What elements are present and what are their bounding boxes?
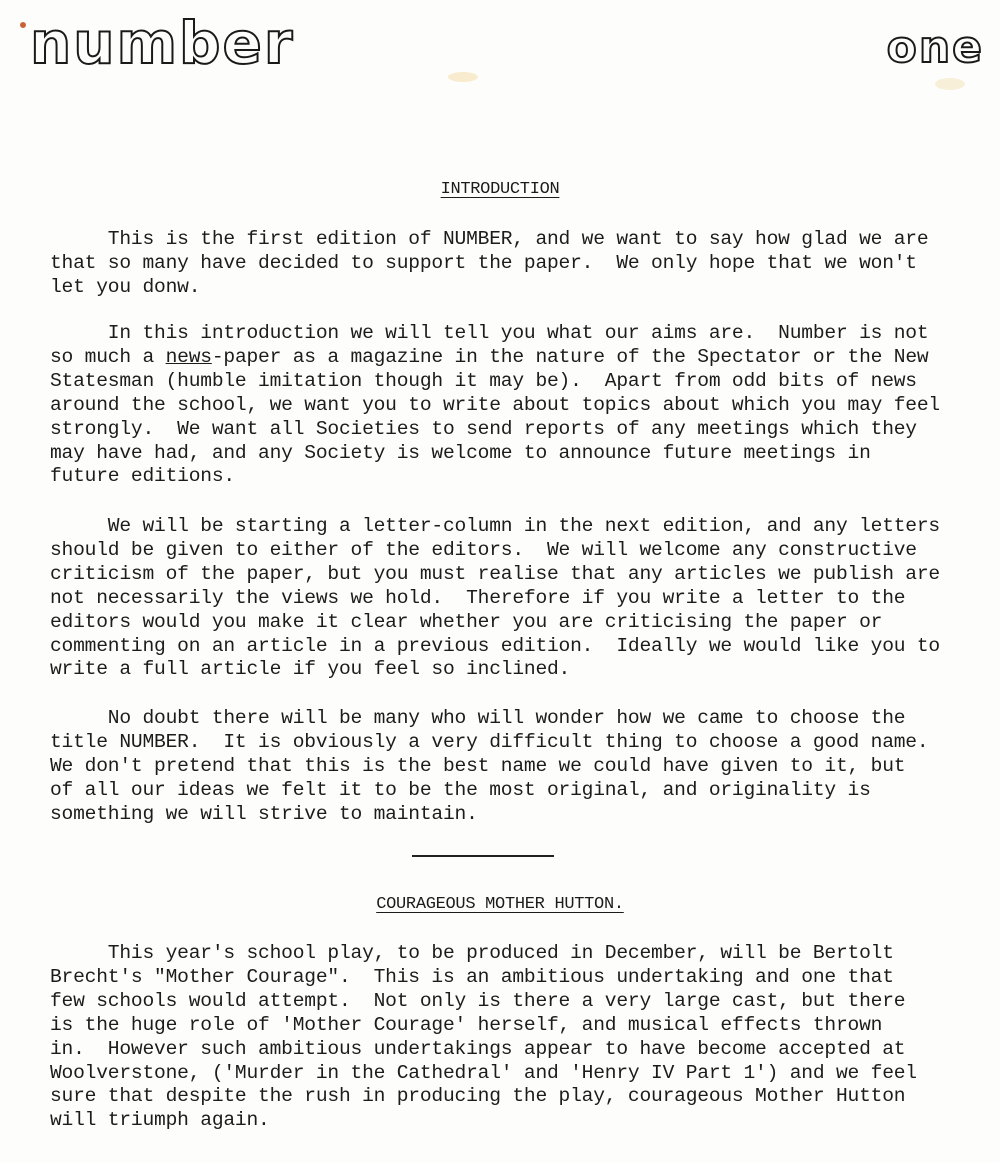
text-line: not necessarily the views we hold. There… <box>50 587 905 609</box>
text-line: editors would you make it clear whether … <box>50 611 882 633</box>
text-line: Woolverstone, ('Murder in the Cathedral'… <box>50 1062 917 1084</box>
text-line: is the huge role of 'Mother Courage' her… <box>50 1014 882 1036</box>
text-line: will triumph again. <box>50 1109 270 1131</box>
section-heading-mother-hutton: COURAGEOUS MOTHER HUTTON. <box>0 895 1000 914</box>
text-line: We don't pretend that this is the best n… <box>50 755 905 777</box>
stain <box>448 72 478 82</box>
text-line: Statesman (humble imitation though it ma… <box>50 370 917 392</box>
paragraph: This is the first edition of NUMBER, and… <box>50 228 990 300</box>
masthead-issue: one <box>887 26 984 70</box>
section-heading-introduction: INTRODUCTION <box>0 180 1000 199</box>
text-line: of all our ideas we felt it to be the mo… <box>50 779 871 801</box>
paragraph: This year's school play, to be produced … <box>50 942 990 1133</box>
underlined-word: news <box>166 346 212 368</box>
text-line: so much a news-paper as a magazine in th… <box>50 346 928 368</box>
text-line: write a full article if you feel so incl… <box>50 658 570 680</box>
text-line: commenting on an article in a previous e… <box>50 635 940 657</box>
section-divider <box>412 855 554 857</box>
paragraph: We will be starting a letter-column in t… <box>50 515 990 682</box>
text-line: In this introduction we will tell you wh… <box>50 322 928 344</box>
text-line: criticism of the paper, but you must rea… <box>50 563 940 585</box>
text-line: Brecht's "Mother Courage". This is an am… <box>50 966 894 988</box>
text-line: in. However such ambitious undertakings … <box>50 1038 905 1060</box>
text-line: let you donw. <box>50 276 200 298</box>
masthead-title: number <box>30 14 294 72</box>
text-line: future editions. <box>50 465 235 487</box>
text-line: title NUMBER. It is obviously a very dif… <box>50 731 928 753</box>
text-line: No doubt there will be many who will won… <box>50 707 905 729</box>
paragraph: In this introduction we will tell you wh… <box>50 322 990 489</box>
text-line: few schools would attempt. Not only is t… <box>50 990 905 1012</box>
paragraph: No doubt there will be many who will won… <box>50 707 990 827</box>
stain <box>20 22 26 28</box>
text-line: sure that despite the rush in producing … <box>50 1085 905 1107</box>
text-line: around the school, we want you to write … <box>50 394 940 416</box>
text-line: This is the first edition of NUMBER, and… <box>50 228 928 250</box>
text-line: may have had, and any Society is welcome… <box>50 442 871 464</box>
text-line: We will be starting a letter-column in t… <box>50 515 940 537</box>
text-line: This year's school play, to be produced … <box>50 942 894 964</box>
text-line: should be given to either of the editors… <box>50 539 917 561</box>
text-line: something we will strive to maintain. <box>50 803 478 825</box>
stain <box>935 78 965 90</box>
text-line: strongly. We want all Societies to send … <box>50 418 917 440</box>
text-line: that so many have decided to support the… <box>50 252 917 274</box>
